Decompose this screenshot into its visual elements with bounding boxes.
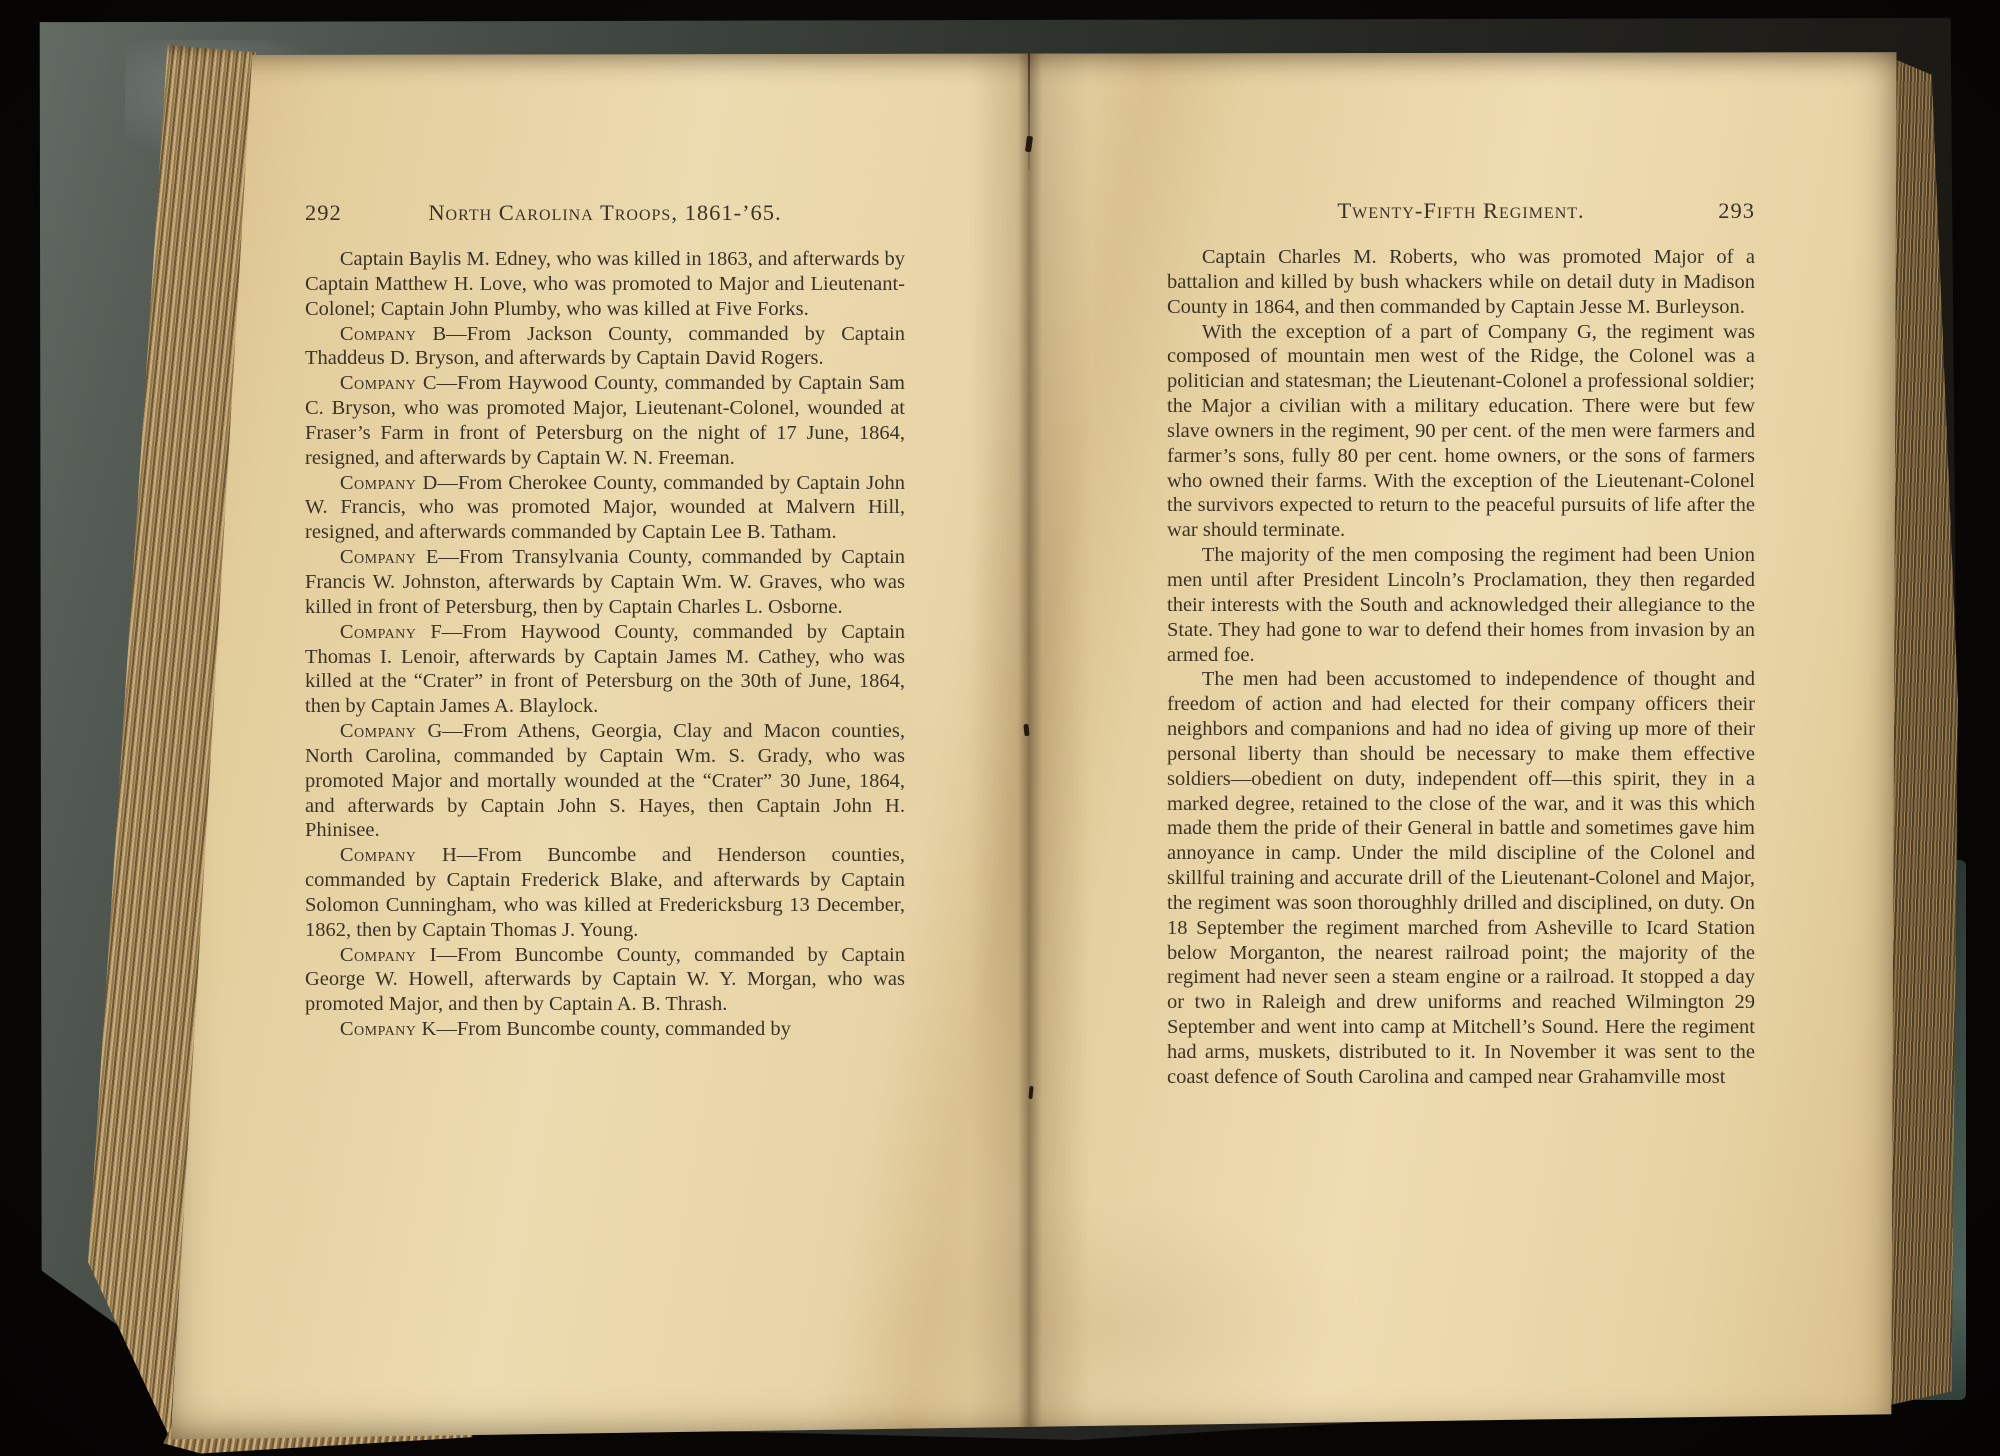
right-page-body: Captain Charles M. Roberts, who was prom… — [1167, 245, 1755, 1090]
paragraph: Company D—From Cherokee County, commande… — [305, 471, 905, 546]
company-smallcaps: Company — [340, 472, 417, 494]
left-running-title: North Carolina Troops, 1861-’65. — [305, 200, 905, 226]
paragraph-text: The men had been accustomed to independe… — [1167, 668, 1755, 1088]
paragraph: Company E—From Transylvania County, comm… — [305, 545, 905, 620]
left-page: 292 North Carolina Troops, 1861-’65. Cap… — [305, 200, 905, 1042]
paragraph-text: Captain Baylis M. Edney, who was killed … — [305, 248, 905, 320]
right-page: Twenty-Fifth Regiment. 293 Captain Charl… — [1167, 198, 1755, 1090]
company-smallcaps: Company — [340, 720, 417, 742]
company-smallcaps: Company — [340, 546, 417, 568]
right-running-title: Twenty-Fifth Regiment. — [1167, 198, 1755, 224]
company-smallcaps: Company — [340, 372, 417, 394]
paragraph: Captain Charles M. Roberts, who was prom… — [1167, 245, 1755, 320]
paragraph: Company H—From Buncombe and Henderson co… — [305, 843, 905, 942]
paragraph: The men had been accustomed to independe… — [1167, 667, 1755, 1089]
left-page-number: 292 — [305, 200, 342, 226]
paragraph: With the exception of a part of Company … — [1167, 320, 1755, 544]
book-photo: 292 North Carolina Troops, 1861-’65. Cap… — [0, 0, 2000, 1456]
company-smallcaps: Company — [340, 621, 417, 643]
paragraph: Company G—From Athens, Georgia, Clay and… — [305, 719, 905, 843]
paragraph: Company K—From Buncombe county, commande… — [305, 1017, 905, 1042]
paragraph: The majority of the men composing the re… — [1167, 543, 1755, 667]
paragraph: Company I—From Buncombe County, commande… — [305, 943, 905, 1018]
paragraph-text: The majority of the men composing the re… — [1167, 544, 1755, 665]
left-page-header: 292 North Carolina Troops, 1861-’65. — [305, 200, 905, 230]
paragraph-text: K—From Buncombe county, commanded by — [416, 1018, 790, 1040]
paragraph-text: With the exception of a part of Company … — [1167, 321, 1755, 542]
paragraph-text: Captain Charles M. Roberts, who was prom… — [1167, 246, 1755, 318]
paragraph: Captain Baylis M. Edney, who was killed … — [305, 247, 905, 322]
company-smallcaps: Company — [340, 944, 417, 966]
left-page-body: Captain Baylis M. Edney, who was killed … — [305, 247, 905, 1042]
paragraph: Company F—From Haywood County, commanded… — [305, 620, 905, 719]
paragraph: Company B—From Jackson County, commanded… — [305, 322, 905, 372]
company-smallcaps: Company — [340, 844, 417, 866]
paragraph: Company C—From Haywood County, commanded… — [305, 371, 905, 470]
company-smallcaps: Company — [340, 1018, 417, 1040]
company-smallcaps: Company — [340, 323, 417, 345]
right-page-header: Twenty-Fifth Regiment. 293 — [1167, 198, 1755, 228]
right-page-number: 293 — [1718, 198, 1755, 224]
